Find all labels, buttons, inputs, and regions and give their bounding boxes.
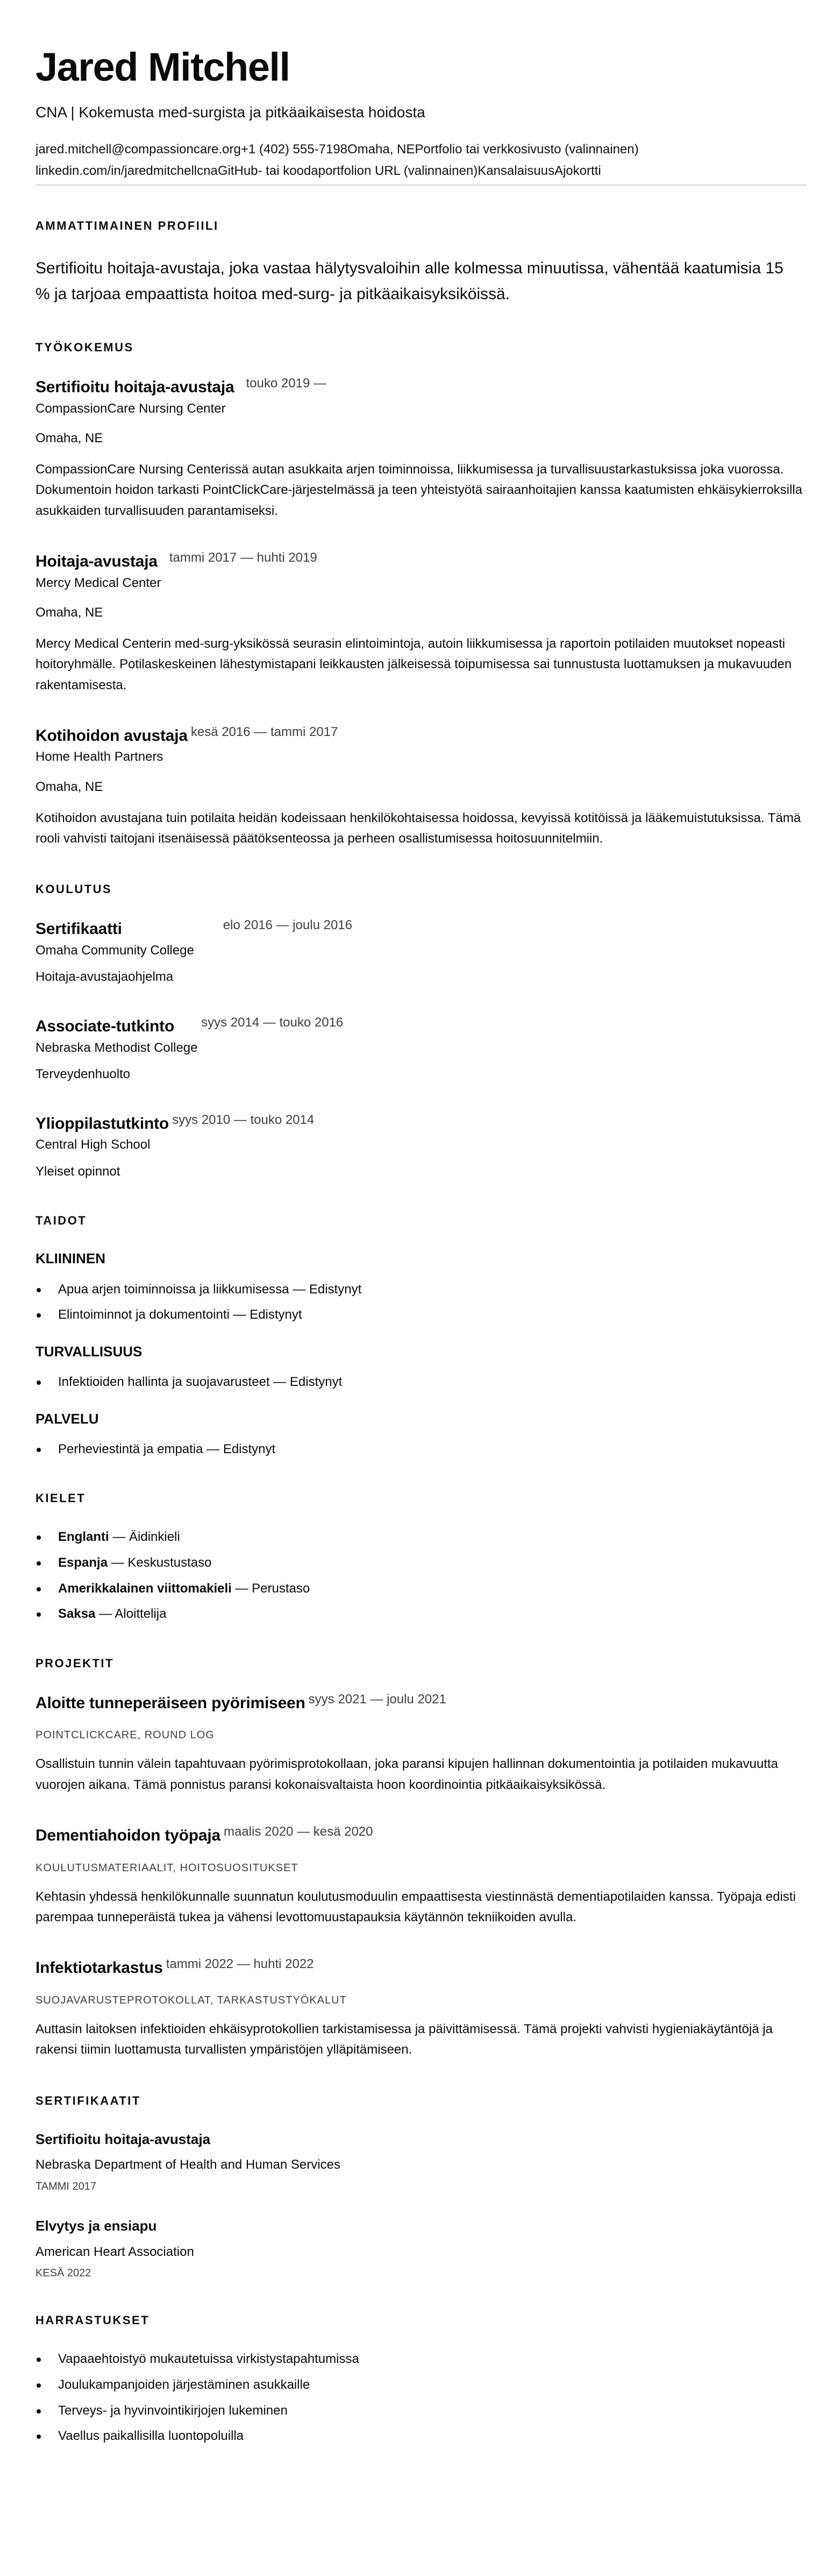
skill-list: Apua arjen toiminnoissa ja liikkumisessa… bbox=[35, 1280, 807, 1324]
linkedin-link[interactable]: linkedin.com/in/jaredmitchellcna bbox=[35, 164, 218, 178]
education-dates: elo 2016 — joulu 2016 bbox=[223, 918, 352, 933]
candidate-headline: CNA | Kokemusta med-surgista ja pitkäaik… bbox=[35, 103, 807, 122]
section-title-languages: Kielet bbox=[35, 1492, 807, 1504]
project-description: Auttasin laitoksen infektioiden ehkäisyp… bbox=[35, 2019, 810, 2061]
project-title: Aloitte tunneperäiseen pyörimiseen bbox=[35, 1693, 305, 1714]
github-link[interactable]: GitHub- tai koodaportfolion URL (valinna… bbox=[218, 164, 478, 178]
education-dates: syys 2014 — touko 2016 bbox=[201, 1015, 343, 1031]
language-name: Amerikkalainen viittomakieli bbox=[58, 1581, 232, 1596]
skill-item: Apua arjen toiminnoissa ja liikkumisessa… bbox=[35, 1280, 807, 1299]
experience-section: Työkokemus Sertifioitu hoitaja-avustaja … bbox=[35, 342, 807, 849]
contact-line-1: jared.mitchell@compassioncare.org+1 (402… bbox=[35, 139, 807, 161]
skill-group-safety: Turvallisuus Infektioiden hallinta ja su… bbox=[35, 1343, 807, 1391]
job-description: Mercy Medical Centerin med-surg-yksiköss… bbox=[35, 634, 810, 696]
contact-line-2: linkedin.com/in/jaredmitchellcnaGitHub- … bbox=[35, 160, 807, 182]
education-section: Koulutus Sertifikaatti elo 2016 — joulu … bbox=[35, 883, 807, 1180]
certification-entry: Sertifioitu hoitaja-avustaja Nebraska De… bbox=[35, 2131, 807, 2193]
field-of-study: Yleiset opinnot bbox=[35, 1163, 807, 1181]
language-level: — Aloittelija bbox=[95, 1607, 166, 1621]
section-title-experience: Työkokemus bbox=[35, 342, 807, 353]
certification-entry: Elvytys ja ensiapu American Heart Associ… bbox=[35, 2217, 807, 2280]
project-dates: tammi 2022 — huhti 2022 bbox=[166, 1957, 314, 1972]
education-dates: syys 2010 — touko 2014 bbox=[172, 1113, 314, 1128]
skill-category: Turvallisuus bbox=[35, 1343, 807, 1360]
employer-name: Mercy Medical Center bbox=[35, 574, 807, 592]
language-name: Espanja bbox=[58, 1555, 108, 1570]
portfolio-link[interactable]: Portfolio tai verkkosivusto (valinnainen… bbox=[415, 142, 638, 157]
certification-issuer: American Heart Association bbox=[35, 2243, 807, 2261]
language-item: Espanja — Keskustustaso bbox=[35, 1554, 807, 1572]
certifications-section: Sertifikaatit Sertifioitu hoitaja-avusta… bbox=[35, 2095, 807, 2281]
contact-info: jared.mitchell@compassioncare.org+1 (402… bbox=[35, 139, 807, 183]
section-title-projects: Projektit bbox=[35, 1658, 807, 1669]
hobby-item: Joulukampanjoiden järjestäminen asukkail… bbox=[35, 2376, 807, 2394]
job-dates: touko 2019 — bbox=[246, 376, 326, 392]
section-title-profile: Ammattimainen profiili bbox=[35, 220, 807, 232]
field-of-study: Terveydenhuolto bbox=[35, 1065, 807, 1084]
education-entry: Associate-tutkinto syys 2014 — touko 201… bbox=[35, 1016, 807, 1084]
school-name: Omaha Community College bbox=[35, 942, 807, 960]
degree-name: Sertifikaatti bbox=[35, 919, 122, 939]
drivers-license-text: Ajokortti bbox=[554, 164, 601, 178]
experience-entry: Hoitaja-avustaja tammi 2017 — huhti 2019… bbox=[35, 551, 807, 696]
skill-category: Kliininen bbox=[35, 1250, 807, 1267]
skill-item: Perheviestintä ja empatia — Edistynyt bbox=[35, 1440, 807, 1459]
experience-list: Sertifioitu hoitaja-avustaja touko 2019 … bbox=[35, 377, 807, 849]
certification-name: Sertifioitu hoitaja-avustaja bbox=[35, 2131, 807, 2149]
project-entry: Aloitte tunneperäiseen pyörimiseen syys … bbox=[35, 1693, 807, 1795]
certification-date: Tammi 2017 bbox=[35, 2179, 807, 2193]
candidate-name: Jared Mitchell bbox=[35, 47, 807, 87]
language-level: — Perustaso bbox=[232, 1581, 310, 1596]
language-level: — Äidinkieli bbox=[109, 1530, 180, 1544]
degree-name: Ylioppilastutkinto bbox=[35, 1114, 169, 1134]
field-of-study: Hoitaja-avustajaohjelma bbox=[35, 968, 807, 986]
section-title-hobbies: Harrastukset bbox=[35, 2315, 807, 2326]
project-title: Infektiotarkastus bbox=[35, 1958, 163, 1978]
job-location: Omaha, NE bbox=[35, 429, 807, 448]
languages-section: Kielet Englanti — Äidinkieli Espanja — K… bbox=[35, 1492, 807, 1623]
job-description: Kotihoidon avustajana tuin potilaita hei… bbox=[35, 808, 810, 850]
project-list: Aloitte tunneperäiseen pyörimiseen syys … bbox=[35, 1693, 807, 2061]
language-item: Amerikkalainen viittomakieli — Perustaso bbox=[35, 1580, 807, 1598]
profile-summary: Sertifioitu hoitaja-avustaja, joka vasta… bbox=[35, 256, 799, 307]
location-text: Omaha, NE bbox=[347, 142, 415, 157]
employer-name: CompassionCare Nursing Center bbox=[35, 400, 807, 418]
job-location: Omaha, NE bbox=[35, 778, 807, 796]
project-dates: syys 2021 — joulu 2021 bbox=[309, 1692, 446, 1708]
job-dates: tammi 2017 — huhti 2019 bbox=[169, 550, 317, 566]
language-level: — Keskustustaso bbox=[108, 1555, 211, 1570]
language-item: Saksa — Aloittelija bbox=[35, 1605, 807, 1623]
project-tech: Koulutusmateriaalit, hoitosuositukset bbox=[35, 1861, 807, 1875]
education-list: Sertifikaatti elo 2016 — joulu 2016 Omah… bbox=[35, 919, 807, 1180]
language-name: Saksa bbox=[58, 1607, 95, 1621]
project-tech: Suojavarusteprotokollat, tarkastustyökal… bbox=[35, 1993, 807, 2007]
job-dates: kesä 2016 — tammi 2017 bbox=[191, 725, 338, 740]
projects-section: Projektit Aloitte tunneperäiseen pyörimi… bbox=[35, 1658, 807, 2061]
certification-list: Sertifioitu hoitaja-avustaja Nebraska De… bbox=[35, 2131, 807, 2281]
job-title: Sertifioitu hoitaja-avustaja bbox=[35, 377, 234, 398]
project-dates: maalis 2020 — kesä 2020 bbox=[224, 1824, 373, 1840]
skills-section: Taidot Kliininen Apua arjen toiminnoissa… bbox=[35, 1215, 807, 1458]
hobby-item: Terveys- ja hyvinvointikirjojen lukemine… bbox=[35, 2402, 807, 2420]
email-link[interactable]: jared.mitchell@compassioncare.org bbox=[35, 142, 241, 157]
hobby-item: Vaellus paikallisilla luontopoluilla bbox=[35, 2427, 807, 2445]
job-title: Hoitaja-avustaja bbox=[35, 551, 158, 572]
skill-group-service: Palvelu Perheviestintä ja empatia — Edis… bbox=[35, 1411, 807, 1459]
project-description: Kehtasin yhdessä henkilökunnalle suunnat… bbox=[35, 1887, 810, 1928]
language-item: Englanti — Äidinkieli bbox=[35, 1528, 807, 1546]
project-entry: Dementiahoidon työpaja maalis 2020 — kes… bbox=[35, 1825, 807, 1928]
citizenship-text: Kansalaisuus bbox=[478, 164, 554, 178]
hobby-item: Vapaaehtoistyö mukautetuissa virkistysta… bbox=[35, 2350, 807, 2368]
header-divider bbox=[35, 185, 807, 186]
employer-name: Home Health Partners bbox=[35, 748, 807, 766]
certification-name: Elvytys ja ensiapu bbox=[35, 2217, 807, 2235]
education-entry: Sertifikaatti elo 2016 — joulu 2016 Omah… bbox=[35, 919, 807, 986]
hobby-list: Vapaaehtoistyö mukautetuissa virkistysta… bbox=[35, 2350, 807, 2445]
section-title-education: Koulutus bbox=[35, 883, 807, 895]
resume-page: Jared Mitchell CNA | Kokemusta med-surgi… bbox=[0, 0, 826, 2478]
section-title-skills: Taidot bbox=[35, 1215, 807, 1227]
language-name: Englanti bbox=[58, 1530, 109, 1544]
skill-item: Elintoiminnot ja dokumentointi — Edistyn… bbox=[35, 1306, 807, 1324]
skill-list: Perheviestintä ja empatia — Edistynyt bbox=[35, 1440, 807, 1459]
experience-entry: Sertifioitu hoitaja-avustaja touko 2019 … bbox=[35, 377, 807, 521]
certification-issuer: Nebraska Department of Health and Human … bbox=[35, 2156, 807, 2174]
hobbies-section: Harrastukset Vapaaehtoistyö mukautetuiss… bbox=[35, 2315, 807, 2445]
profile-section: Ammattimainen profiili Sertifioitu hoita… bbox=[35, 220, 807, 307]
school-name: Central High School bbox=[35, 1136, 807, 1154]
degree-name: Associate-tutkinto bbox=[35, 1016, 174, 1037]
project-description: Osallistuin tunnin välein tapahtuvaan py… bbox=[35, 1754, 810, 1795]
project-entry: Infektiotarkastus tammi 2022 — huhti 202… bbox=[35, 1958, 807, 2060]
skill-item: Infektioiden hallinta ja suojavarusteet … bbox=[35, 1373, 807, 1391]
skill-group-clinical: Kliininen Apua arjen toiminnoissa ja lii… bbox=[35, 1250, 807, 1324]
education-entry: Ylioppilastutkinto syys 2010 — touko 201… bbox=[35, 1114, 807, 1181]
language-list: Englanti — Äidinkieli Espanja — Keskustu… bbox=[35, 1528, 807, 1623]
skill-list: Infektioiden hallinta ja suojavarusteet … bbox=[35, 1373, 807, 1391]
certification-date: Kesä 2022 bbox=[35, 2266, 807, 2280]
section-title-certifications: Sertifikaatit bbox=[35, 2095, 807, 2107]
project-tech: PointClickCare, Round Log bbox=[35, 1728, 807, 1742]
job-description: CompassionCare Nursing Centerissä autan … bbox=[35, 459, 810, 521]
experience-entry: Kotihoidon avustaja kesä 2016 — tammi 20… bbox=[35, 726, 807, 849]
project-title: Dementiahoidon työpaja bbox=[35, 1825, 220, 1846]
phone-text[interactable]: +1 (402) 555-7198 bbox=[241, 142, 347, 157]
resume-header: Jared Mitchell CNA | Kokemusta med-surgi… bbox=[35, 47, 807, 186]
school-name: Nebraska Methodist College bbox=[35, 1039, 807, 1057]
job-title: Kotihoidon avustaja bbox=[35, 726, 188, 746]
job-location: Omaha, NE bbox=[35, 604, 807, 622]
skill-category: Palvelu bbox=[35, 1411, 807, 1427]
